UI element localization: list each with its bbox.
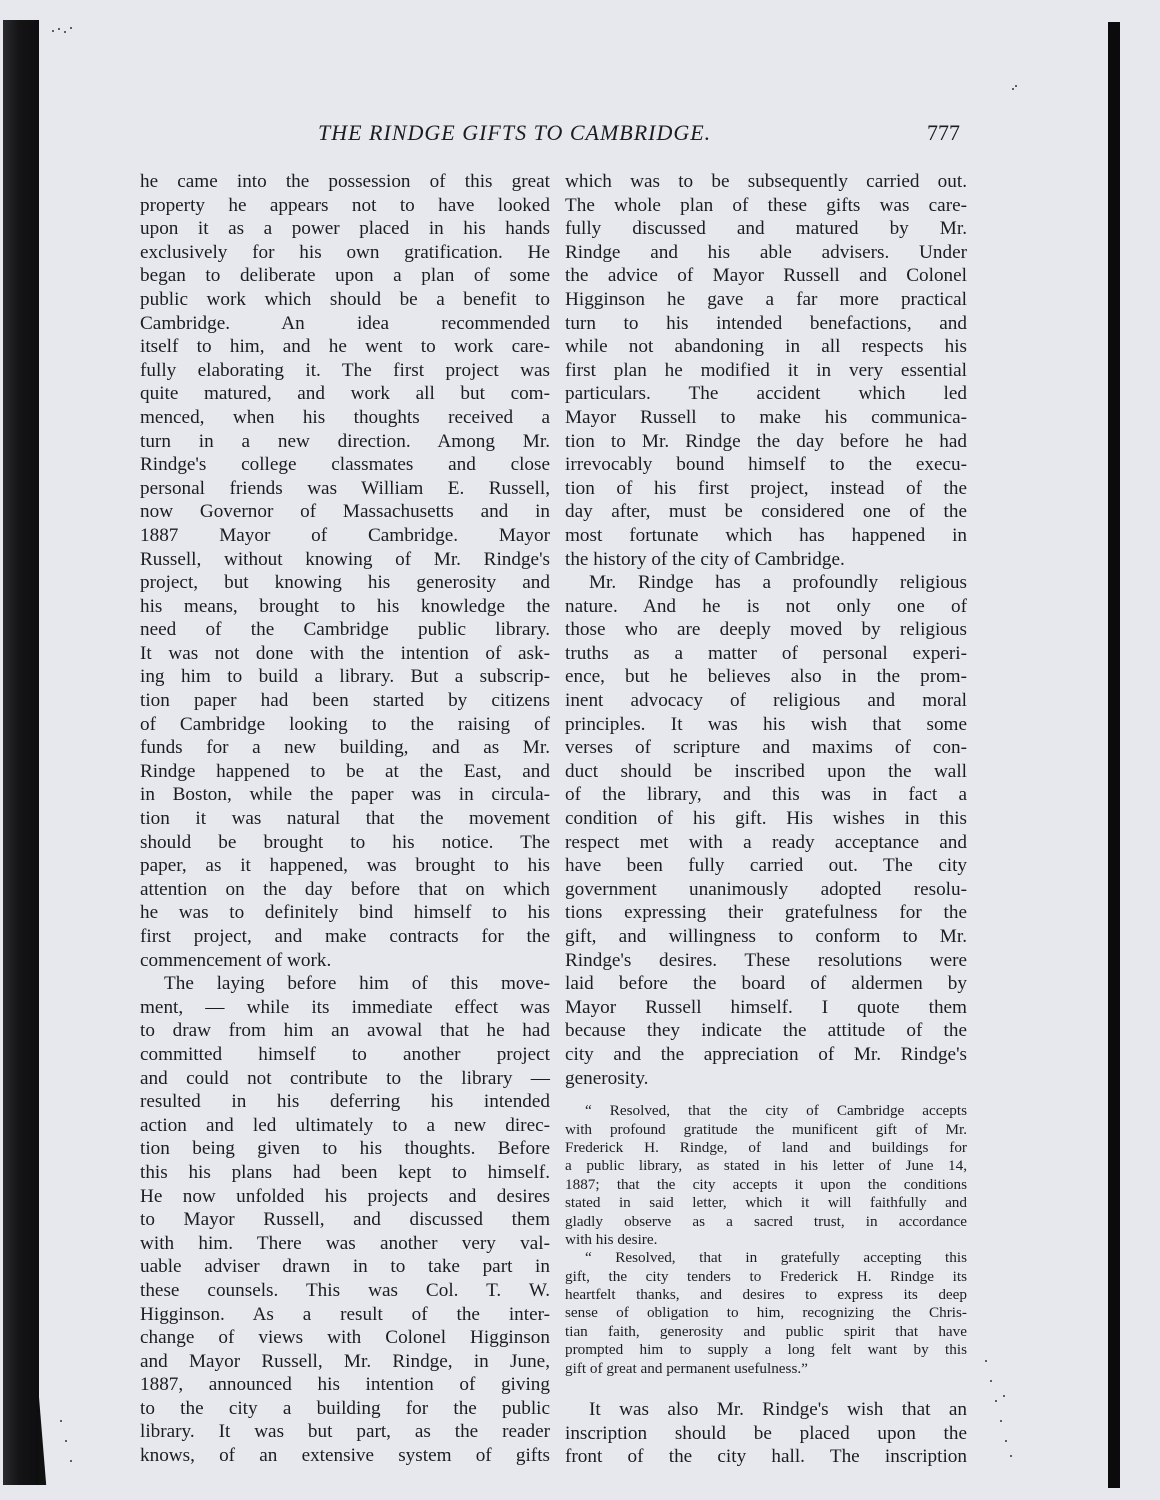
- text-line: these counsels. This was Col. T. W.: [140, 1279, 550, 1303]
- scan-speck: [1010, 1455, 1012, 1457]
- text-line: Frederick H. Rindge, of land and buildin…: [565, 1139, 967, 1157]
- text-line: front of the city hall. The inscription: [565, 1445, 967, 1469]
- text-line: itself to him, and he went to work care-: [140, 335, 550, 359]
- paragraph: The laying before him of this move-ment,…: [140, 972, 550, 1467]
- text-line: day after, must be considered one of the: [565, 500, 967, 524]
- text-line: tion to Mr. Rindge the day before he had: [565, 430, 967, 454]
- scan-speck: [70, 27, 72, 29]
- text-line: to draw from him an avowal that he had: [140, 1019, 550, 1043]
- scan-speck: [52, 30, 54, 32]
- text-line: should be brought to his notice. The: [140, 831, 550, 855]
- text-line: to the city a building for the public: [140, 1397, 550, 1421]
- text-line: because they indicate the attitude of th…: [565, 1019, 967, 1043]
- text-line: with his desire.: [565, 1231, 967, 1249]
- scan-speck: [58, 28, 60, 30]
- text-line: while not abandoning in all respects his: [565, 335, 967, 359]
- text-line: first project, and make contracts for th…: [140, 925, 550, 949]
- text-line: and could not contribute to the library …: [140, 1067, 550, 1091]
- text-line: ing him to build a library. But a subscr…: [140, 665, 550, 689]
- text-line: principles. It was his wish that some: [565, 713, 967, 737]
- text-line: inent advocacy of religious and moral: [565, 689, 967, 713]
- text-line: change of views with Colonel Higginson: [140, 1326, 550, 1350]
- text-line: It was not done with the intention of as…: [140, 642, 550, 666]
- scan-speck: [1000, 1420, 1002, 1422]
- text-line: of Cambridge looking to the raising of: [140, 713, 550, 737]
- text-line: upon it as a power placed in his hands: [140, 217, 550, 241]
- scan-speck: [1003, 1395, 1005, 1397]
- text-line: tion of his first project, instead of th…: [565, 477, 967, 501]
- text-line: began to deliberate upon a plan of some: [140, 264, 550, 288]
- text-line: Mayor Russell himself. I quote them: [565, 996, 967, 1020]
- paragraph: which was to be subsequently carried out…: [565, 170, 967, 571]
- text-line: The whole plan of these gifts was care-: [565, 194, 967, 218]
- scan-speck: [1015, 85, 1017, 87]
- scan-edge-left: [3, 20, 39, 1485]
- text-line: he came into the possession of this grea…: [140, 170, 550, 194]
- text-line: his means, brought to his knowledge the: [140, 595, 550, 619]
- text-line: committed himself to another project: [140, 1043, 550, 1067]
- text-line: funds for a new building, and as Mr.: [140, 736, 550, 760]
- text-line: menced, when his thoughts received a: [140, 406, 550, 430]
- text-line: Mayor Russell to make his communica-: [565, 406, 967, 430]
- text-line: this his plans had been kept to himself.: [140, 1161, 550, 1185]
- text-line: gift, and willingness to conform to Mr.: [565, 925, 967, 949]
- text-line: in Boston, while the paper was in circul…: [140, 783, 550, 807]
- paragraph: It was also Mr. Rindge's wish that anins…: [565, 1398, 967, 1469]
- text-line: He now unfolded his projects and desires: [140, 1185, 550, 1209]
- text-line: of the library, and this was in fact a: [565, 783, 967, 807]
- running-title: THE RINDGE GIFTS TO CAMBRIDGE.: [318, 120, 711, 146]
- text-line: turn to his intended benefactions, and: [565, 312, 967, 336]
- text-line: he was to definitely bind himself to his: [140, 901, 550, 925]
- text-line: Mr. Rindge has a profoundly religious: [565, 571, 967, 595]
- text-line: duct should be inscribed upon the wall: [565, 760, 967, 784]
- paragraph: he came into the possession of this grea…: [140, 170, 550, 972]
- text-line: generosity.: [565, 1067, 967, 1091]
- text-line: tions expressing their gratefulness for …: [565, 901, 967, 925]
- text-line: prompted him to supply a long felt want …: [565, 1341, 967, 1359]
- text-line: truths as a matter of personal experi-: [565, 642, 967, 666]
- text-line: nature. And he is not only one of: [565, 595, 967, 619]
- text-line: public work which should be a benefit to: [140, 288, 550, 312]
- text-line: have been fully carried out. The city: [565, 854, 967, 878]
- text-line: 1887, announced his intention of giving: [140, 1373, 550, 1397]
- text-line: heartfelt thanks, and desires to express…: [565, 1286, 967, 1304]
- text-line: with profound gratitude the munificent g…: [565, 1121, 967, 1139]
- text-line: action and led ultimately to a new direc…: [140, 1114, 550, 1138]
- scan-speck: [1005, 1440, 1007, 1442]
- block-quote-resolution-1: “ Resolved, that the city of Cambridge a…: [565, 1102, 967, 1249]
- text-line: condition of his gift. His wishes in thi…: [565, 807, 967, 831]
- scan-speck: [1012, 88, 1014, 90]
- text-line: knows, of an extensive system of gifts: [140, 1444, 550, 1468]
- text-line: Rindge and his able advisers. Under: [565, 241, 967, 265]
- text-line: and Mayor Russell, Mr. Rindge, in June,: [140, 1350, 550, 1374]
- text-line: project, but knowing his generosity and: [140, 571, 550, 595]
- text-line: personal friends was William E. Russell,: [140, 477, 550, 501]
- text-line: 1887; that the city accepts it upon the …: [565, 1176, 967, 1194]
- text-line: The laying before him of this move-: [140, 972, 550, 996]
- text-line: with him. There was another very val-: [140, 1232, 550, 1256]
- text-line: It was also Mr. Rindge's wish that an: [565, 1398, 967, 1422]
- paragraph: Mr. Rindge has a profoundly religiousnat…: [565, 571, 967, 1090]
- text-line: gladly observe as a sacred trust, in acc…: [565, 1213, 967, 1231]
- text-line: property he appears not to have looked: [140, 194, 550, 218]
- text-line: Higginson he gave a far more practical: [565, 288, 967, 312]
- text-line: which was to be subsequently carried out…: [565, 170, 967, 194]
- text-line: gift of great and permanent usefulness.”: [565, 1360, 967, 1378]
- text-line: verses of scripture and maxims of con-: [565, 736, 967, 760]
- text-line: sense of obligation to him, recognizing …: [565, 1304, 967, 1322]
- text-line: resulted in his deferring his intended: [140, 1090, 550, 1114]
- text-line: respect met with a ready acceptance and: [565, 831, 967, 855]
- text-line: “ Resolved, that the city of Cambridge a…: [565, 1102, 967, 1120]
- text-line: irrevocably bound himself to the execu-: [565, 453, 967, 477]
- text-line: ment, — while its immediate effect was: [140, 996, 550, 1020]
- left-column: he came into the possession of this grea…: [140, 170, 550, 1468]
- text-line: the advice of Mayor Russell and Colonel: [565, 264, 967, 288]
- text-line: paper, as it happened, was brought to hi…: [140, 854, 550, 878]
- scan-speck: [995, 1400, 997, 1402]
- page-number: 777: [927, 120, 960, 146]
- text-line: ence, but he believes also in the prom-: [565, 665, 967, 689]
- text-line: inscription should be placed upon the: [565, 1422, 967, 1446]
- scan-speck: [985, 1360, 987, 1362]
- right-column: which was to be subsequently carried out…: [565, 170, 967, 1469]
- scan-bar-right: [1108, 22, 1120, 1488]
- text-line: fully discussed and matured by Mr.: [565, 217, 967, 241]
- text-line: library. It was but part, as the reader: [140, 1420, 550, 1444]
- text-line: Cambridge. An idea recommended: [140, 312, 550, 336]
- text-line: quite matured, and work all but com-: [140, 382, 550, 406]
- text-line: now Governor of Massachusetts and in: [140, 500, 550, 524]
- text-line: laid before the board of aldermen by: [565, 972, 967, 996]
- text-line: “ Resolved, that in gratefully accepting…: [565, 1249, 967, 1267]
- text-line: government unanimously adopted resolu-: [565, 878, 967, 902]
- text-line: most fortunate which has happened in: [565, 524, 967, 548]
- text-line: tion paper had been started by citizens: [140, 689, 550, 713]
- text-line: uable adviser drawn in to take part in: [140, 1255, 550, 1279]
- text-line: tian faith, generosity and public spirit…: [565, 1323, 967, 1341]
- text-line: Higginson. As a result of the inter-: [140, 1303, 550, 1327]
- text-line: exclusively for his own gratification. H…: [140, 241, 550, 265]
- text-line: Rindge's desires. These resolutions were: [565, 949, 967, 973]
- text-line: city and the appreciation of Mr. Rindge'…: [565, 1043, 967, 1067]
- scan-speck: [70, 1460, 72, 1462]
- text-line: 1887 Mayor of Cambridge. Mayor: [140, 524, 550, 548]
- text-line: Russell, without knowing of Mr. Rindge's: [140, 548, 550, 572]
- block-quote-resolution-2: “ Resolved, that in gratefully accepting…: [565, 1249, 967, 1378]
- text-line: turn in a new direction. Among Mr.: [140, 430, 550, 454]
- text-line: tion it was natural that the movement: [140, 807, 550, 831]
- scan-speck: [64, 31, 66, 33]
- text-line: Rindge's college classmates and close: [140, 453, 550, 477]
- text-line: commencement of work.: [140, 949, 550, 973]
- text-line: those who are deeply moved by religious: [565, 618, 967, 642]
- text-line: to Mayor Russell, and discussed them: [140, 1208, 550, 1232]
- text-line: need of the Cambridge public library.: [140, 618, 550, 642]
- text-line: the history of the city of Cambridge.: [565, 548, 967, 572]
- text-line: tion being given to his thoughts. Before: [140, 1137, 550, 1161]
- text-line: fully elaborating it. The first project …: [140, 359, 550, 383]
- text-line: Rindge happened to be at the East, and: [140, 760, 550, 784]
- text-line: particulars. The accident which led: [565, 382, 967, 406]
- scan-speck: [65, 1440, 67, 1442]
- text-line: a public library, as stated in his lette…: [565, 1157, 967, 1175]
- text-line: attention on the day before that on whic…: [140, 878, 550, 902]
- text-line: first plan he modified it in very essent…: [565, 359, 967, 383]
- text-line: gift, the city tenders to Frederick H. R…: [565, 1268, 967, 1286]
- scan-speck: [60, 1420, 62, 1422]
- page-header: THE RINDGE GIFTS TO CAMBRIDGE. 777: [318, 120, 960, 150]
- scan-speck: [990, 1380, 992, 1382]
- text-line: stated in said letter, which it will fai…: [565, 1194, 967, 1212]
